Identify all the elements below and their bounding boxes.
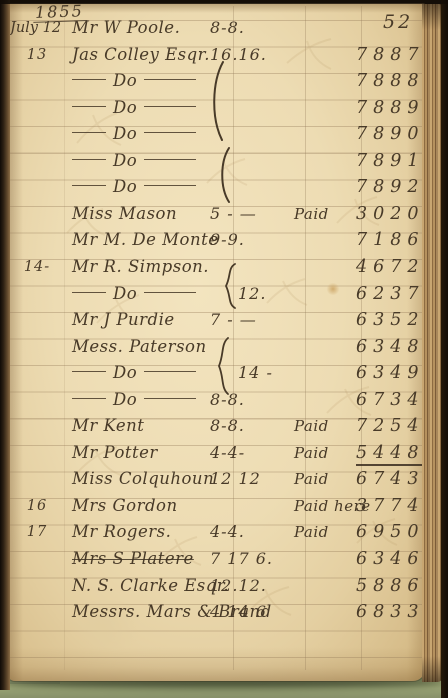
amount-guineas: 4-4. — [210, 520, 245, 544]
book-top-edge — [0, 0, 448, 4]
ditto-label: Do — [113, 284, 137, 303]
ledger-row: 13Jas Colley Esqr.16.16.7887 — [0, 43, 448, 67]
client-name: Mr Kent — [72, 414, 144, 438]
reference-number-value: 7887 — [356, 45, 425, 65]
client-name: Mr J Purdie — [72, 308, 175, 332]
paid-annotation: Paid — [294, 414, 329, 438]
reference-number-value: 6734 — [356, 390, 425, 410]
ditto-dash — [72, 159, 106, 161]
book-gutter — [0, 0, 10, 690]
ditto-label: Do — [113, 390, 137, 409]
ditto-mark: Do — [72, 122, 203, 146]
ditto-dash — [72, 398, 106, 400]
ditto-label: Do — [113, 71, 137, 90]
reference-number: 7890 — [356, 122, 425, 146]
ditto-label: Do — [113, 177, 137, 196]
ditto-dash — [144, 159, 196, 161]
client-name: Mr W Poole. — [72, 16, 180, 40]
paid-annotation: Paid — [294, 441, 329, 465]
ditto-mark: Do — [72, 361, 203, 385]
ditto-label: Do — [113, 124, 137, 143]
ledger-row: Miss Mason5 - —Paid3020 — [0, 202, 448, 226]
ledger-row: Do7890 — [0, 122, 448, 146]
reference-number: 6833 — [356, 600, 425, 624]
reference-number-value: 6833 — [356, 602, 425, 622]
amount-guineas: 4-4- — [210, 441, 245, 465]
ditto-label: Do — [113, 151, 137, 170]
client-name: Miss Mason — [72, 202, 177, 226]
reference-number-value: 6352 — [356, 310, 425, 330]
ditto-dash — [72, 371, 106, 373]
ditto-dash — [144, 292, 196, 294]
entry-date: 16 — [8, 494, 66, 518]
amount-guineas: 16.16. — [210, 43, 267, 67]
ledger-row: Mr Potter4-4-Paid5448. — [0, 441, 448, 465]
ledger-row: Mr J Purdie7 - —6352 — [0, 308, 448, 332]
paid-annotation: Paid — [294, 520, 329, 544]
ledger-book-photo: 1855 52 July 12Mr W Poole.8-8.13Jas Coll… — [0, 0, 448, 698]
amount-guineas: 4 14 6 — [210, 600, 267, 624]
ditto-dash — [72, 106, 106, 108]
ditto-dash — [144, 106, 196, 108]
reference-number: 3020 — [356, 202, 425, 226]
client-name: Mr R. Simpson. — [72, 255, 209, 279]
ditto-label: Do — [113, 363, 137, 382]
ditto-dash — [72, 185, 106, 187]
ledger-row: Do12.6237. — [0, 282, 448, 306]
ditto-dash — [72, 132, 106, 134]
ledger-row: July 12Mr W Poole.8-8. — [0, 16, 448, 40]
ledger-row: Do7889. — [0, 96, 448, 120]
ledger-row: N. S. Clarke Esqr.12.12.5886. — [0, 574, 448, 598]
amount-guineas: 8-8. — [210, 414, 245, 438]
amount-guineas: 12 12 — [210, 467, 261, 491]
client-name: Jas Colley Esqr. — [72, 43, 210, 67]
client-name: Miss Colquhoun — [72, 467, 214, 491]
client-name: Mrs S Platere — [72, 547, 194, 571]
ditto-mark: Do — [72, 175, 203, 199]
reference-number: 6352 — [356, 308, 425, 332]
entry-date: 14- — [8, 255, 66, 279]
client-name: Mr Potter — [72, 441, 158, 465]
ditto-dash — [144, 185, 196, 187]
reference-number: 7892 — [356, 175, 425, 199]
reference-number-value: 7892 — [356, 177, 425, 197]
ledger-row: Do7891 — [0, 149, 448, 173]
ledger-row: 17Mr Rogers.4-4.Paid6950. — [0, 520, 448, 544]
ledger-row: Do7888. — [0, 69, 448, 93]
ditto-dash — [144, 79, 196, 81]
ledger-row: Miss Colquhoun12 12Paid6743. — [0, 467, 448, 491]
ledger-row: Do8-8.6734 — [0, 388, 448, 412]
ledger-row: Mess. Paterson6348. — [0, 335, 448, 359]
ditto-mark: Do — [72, 149, 203, 173]
page-fore-edge-stack — [422, 4, 443, 682]
client-name: Mess. Paterson — [72, 335, 207, 359]
reference-number-value: 7254 — [356, 416, 425, 436]
amount-guineas: 5 - — — [210, 202, 257, 226]
ditto-dash — [144, 371, 196, 373]
amount-guineas: 8-8. — [210, 388, 245, 412]
paid-annotation: Paid — [294, 467, 329, 491]
ledger-row: 14-Mr R. Simpson.4672 — [0, 255, 448, 279]
entry-date: 17 — [8, 520, 66, 544]
reference-number-value: 3020 — [356, 204, 425, 224]
amount-guineas: 9-9. — [210, 228, 245, 252]
client-name: Mrs Gordon — [72, 494, 178, 518]
ditto-label: Do — [113, 98, 137, 117]
ledger-row: Messrs. Mars & Brand4 14 66833 — [0, 600, 448, 624]
amount-guineas: 8-8. — [210, 16, 245, 40]
reference-number: 4672 — [356, 255, 425, 279]
entry-date: 13 — [8, 43, 66, 67]
amount-guineas: 12. — [238, 282, 266, 306]
reference-number: 7891 — [356, 149, 425, 173]
ditto-dash — [72, 292, 106, 294]
book-cover-edge — [441, 0, 448, 698]
amount-guineas: 7 - — — [210, 308, 257, 332]
ledger-row: Mr M. De Monte9-9.7186. — [0, 228, 448, 252]
ditto-dash — [144, 132, 196, 134]
ledger-row: Do7892 — [0, 175, 448, 199]
ledger-row: Mr Kent8-8.Paid7254 — [0, 414, 448, 438]
reference-number-value: 4672 — [356, 257, 425, 277]
ledger-row: Do14 -6349. — [0, 361, 448, 385]
ledger-row: Mrs S Platere7 17 6.6346. — [0, 547, 448, 571]
reference-number: 7887 — [356, 43, 425, 67]
amount-guineas: 14 - — [238, 361, 273, 385]
reference-number: 6734 — [356, 388, 425, 412]
ditto-dash — [144, 398, 196, 400]
reference-number-value: 7890 — [356, 124, 425, 144]
paid-annotation: Paid — [294, 202, 329, 226]
client-name: Mr M. De Monte — [72, 228, 219, 252]
client-name: N. S. Clarke Esqr. — [72, 574, 229, 598]
entry-date: July 12 — [8, 16, 68, 40]
client-name: Mr Rogers. — [72, 520, 171, 544]
amount-guineas: 12.12. — [210, 574, 267, 598]
ditto-dash — [72, 79, 106, 81]
ditto-mark: Do — [72, 282, 203, 306]
reference-number-value: 7891 — [356, 151, 425, 171]
reference-number: 7254 — [356, 414, 425, 438]
ditto-mark: Do — [72, 69, 203, 93]
ditto-mark: Do — [72, 388, 203, 412]
ditto-mark: Do — [72, 96, 203, 120]
ledger-row: 16Mrs GordonPaid here3774- — [0, 494, 448, 518]
amount-guineas: 7 17 6. — [210, 547, 273, 571]
